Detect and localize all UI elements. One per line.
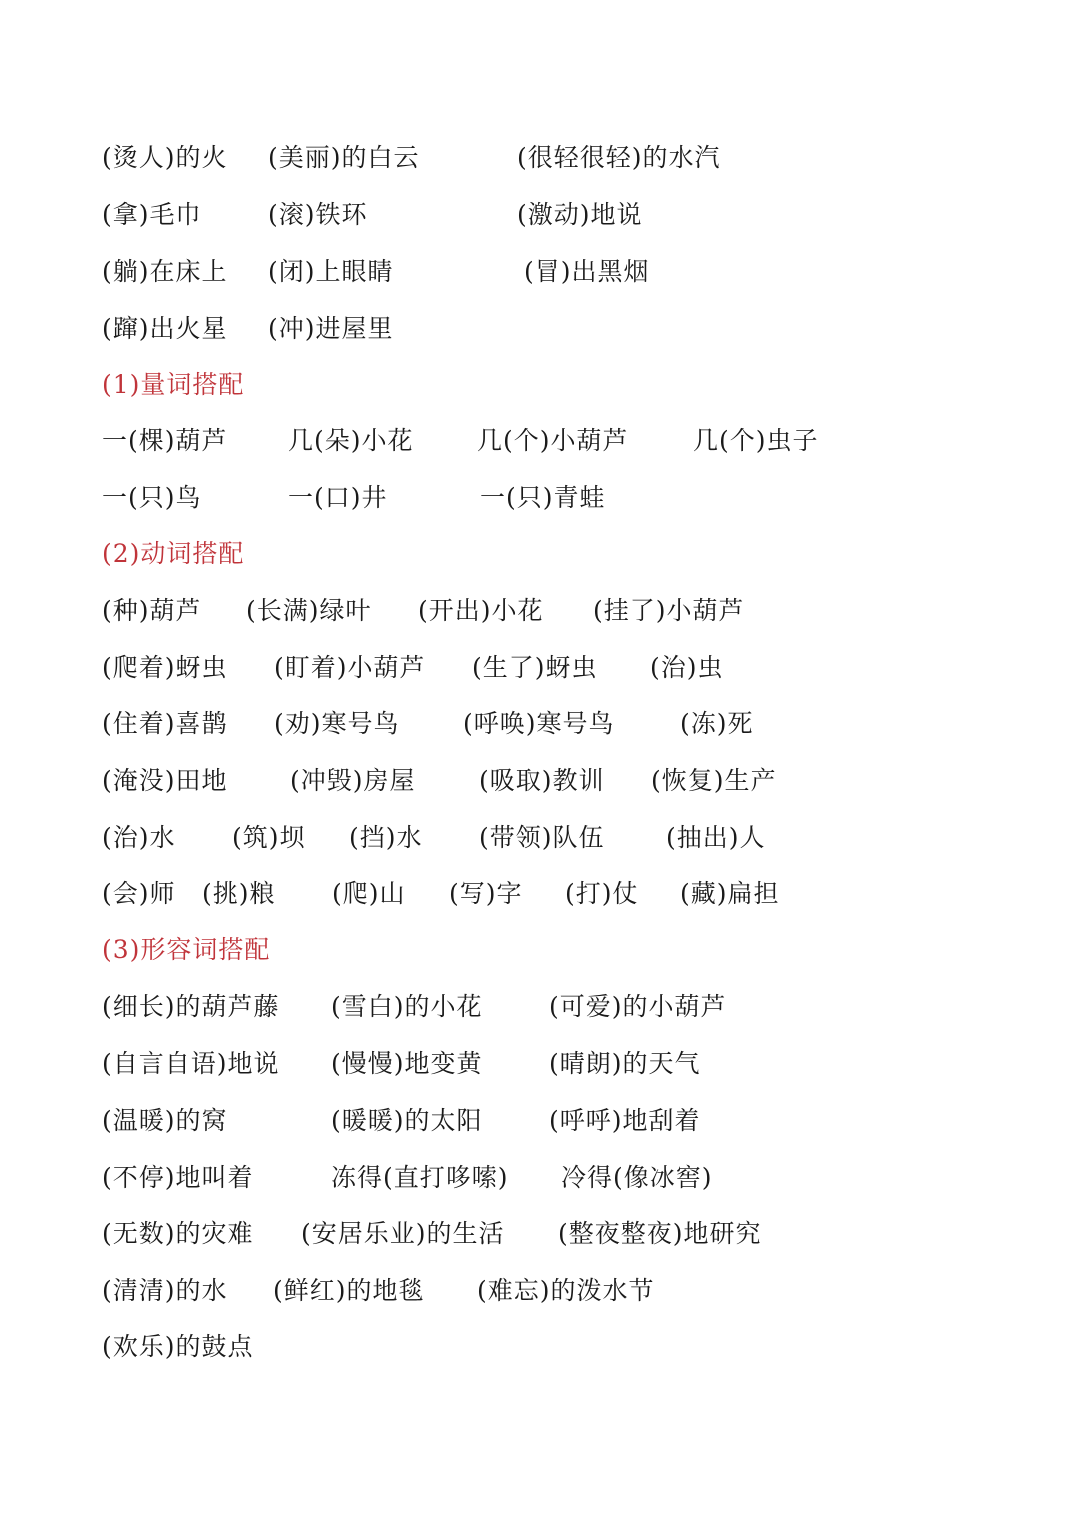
phrase: (躺)在床上 (102, 252, 228, 292)
phrase: (晴朗)的天气 (549, 1044, 701, 1084)
phrase: (滚)铁环 (268, 195, 368, 235)
phrase: (温暖)的窝 (102, 1101, 228, 1141)
phrase: (打)仗 (565, 874, 639, 914)
phrase: (吸取)教训 (479, 761, 605, 801)
phrase: 一(只)鸟 (102, 478, 202, 518)
phrase-row: (不停)地叫着冻得(直打哆嗦)冷得(像冰窖) (0, 1158, 1080, 1198)
phrase: (爬)山 (332, 874, 406, 914)
phrase: (整夜整夜)地研究 (558, 1214, 762, 1254)
phrase: (可爱)的小葫芦 (549, 987, 727, 1027)
phrase-row: (淹没)田地(冲毁)房屋(吸取)教训(恢复)生产 (0, 761, 1080, 801)
phrase: 冻得(直打哆嗦) (331, 1158, 509, 1198)
phrase: (抽出)人 (666, 818, 766, 858)
phrase: (慢慢)地变黄 (331, 1044, 483, 1084)
phrase: (爬着)蚜虫 (102, 648, 228, 688)
phrase: (闭)上眼睛 (268, 252, 394, 292)
phrase: (挂了)小葫芦 (593, 591, 745, 631)
phrase-row: 一(只)鸟一(口)井一(只)青蛙 (0, 478, 1080, 518)
phrase-row: (爬着)蚜虫(盯着)小葫芦(生了)蚜虫(治)虫 (0, 648, 1080, 688)
phrase: (长满)绿叶 (246, 591, 372, 631)
phrase: (住着)喜鹊 (102, 704, 228, 744)
phrase: (会)师 (102, 874, 176, 914)
phrase: 几(个)虫子 (693, 421, 819, 461)
phrase: (挑)粮 (202, 874, 276, 914)
phrase: (无数)的灾难 (102, 1214, 254, 1254)
phrase-row: (种)葫芦(长满)绿叶(开出)小花(挂了)小葫芦 (0, 591, 1080, 631)
phrase: (欢乐)的鼓点 (102, 1327, 254, 1367)
phrase-row: (无数)的灾难(安居乐业)的生活(整夜整夜)地研究 (0, 1214, 1080, 1254)
phrase: (难忘)的泼水节 (477, 1271, 655, 1311)
phrase: (鲜红)的地毯 (273, 1271, 425, 1311)
phrase: (暖暖)的太阳 (331, 1101, 483, 1141)
phrase: (冲毁)房屋 (290, 761, 416, 801)
phrase: 几(个)小葫芦 (477, 421, 629, 461)
phrase: (盯着)小葫芦 (274, 648, 426, 688)
phrase: (开出)小花 (418, 591, 544, 631)
phrase-row: (自言自语)地说(慢慢)地变黄(晴朗)的天气 (0, 1044, 1080, 1084)
phrase: (呼呼)地刮着 (549, 1101, 701, 1141)
phrase: 几(朵)小花 (288, 421, 414, 461)
phrase: (很轻很轻)的水汽 (517, 138, 721, 178)
phrase: 一(只)青蛙 (480, 478, 606, 518)
phrase: (安居乐业)的生活 (301, 1214, 505, 1254)
section-heading: (3)形容词搭配 (102, 930, 270, 970)
phrase: (冲)进屋里 (268, 309, 394, 349)
phrase: (写)字 (449, 874, 523, 914)
phrase: (细长)的葫芦藤 (102, 987, 280, 1027)
phrase: (呼唤)寒号鸟 (463, 704, 615, 744)
phrase-row: (治)水(筑)坝(挡)水(带领)队伍(抽出)人 (0, 818, 1080, 858)
phrase: (治)虫 (650, 648, 724, 688)
phrase: (冻)死 (680, 704, 754, 744)
phrase: (劝)寒号鸟 (274, 704, 400, 744)
phrase: (藏)扁担 (680, 874, 780, 914)
phrase: (烫人)的火 (102, 138, 228, 178)
phrase: (带领)队伍 (479, 818, 605, 858)
phrase: (蹿)出火星 (102, 309, 228, 349)
phrase: (拿)毛巾 (102, 195, 202, 235)
section-heading: (2)动词搭配 (102, 534, 244, 574)
phrase: (淹没)田地 (102, 761, 228, 801)
phrase: (自言自语)地说 (102, 1044, 280, 1084)
phrase-row: (温暖)的窝(暖暖)的太阳(呼呼)地刮着 (0, 1101, 1080, 1141)
phrase-row: (细长)的葫芦藤(雪白)的小花(可爱)的小葫芦 (0, 987, 1080, 1027)
phrase: 一(棵)葫芦 (102, 421, 228, 461)
phrase: (筑)坝 (232, 818, 306, 858)
phrase: (不停)地叫着 (102, 1158, 254, 1198)
phrase: (治)水 (102, 818, 176, 858)
phrase-row: (会)师(挑)粮(爬)山(写)字(打)仗(藏)扁担 (0, 874, 1080, 914)
phrase: (挡)水 (349, 818, 423, 858)
phrase: 冷得(像冰窖) (561, 1158, 713, 1198)
phrase-row: (躺)在床上(闭)上眼睛(冒)出黑烟 (0, 252, 1080, 292)
phrase: (美丽)的白云 (268, 138, 420, 178)
phrase: (种)葫芦 (102, 591, 202, 631)
phrase-row: (拿)毛巾(滚)铁环(激动)地说 (0, 195, 1080, 235)
phrase-row: (烫人)的火(美丽)的白云(很轻很轻)的水汽 (0, 138, 1080, 178)
phrase: (雪白)的小花 (331, 987, 483, 1027)
section-heading: (1)量词搭配 (102, 365, 244, 405)
phrase: 一(口)井 (288, 478, 388, 518)
phrase-row: (清清)的水(鲜红)的地毯(难忘)的泼水节 (0, 1271, 1080, 1311)
phrase-row: (蹿)出火星(冲)进屋里 (0, 309, 1080, 349)
phrase: (清清)的水 (102, 1271, 228, 1311)
phrase: (恢复)生产 (651, 761, 777, 801)
phrase: (激动)地说 (517, 195, 643, 235)
phrase: (冒)出黑烟 (524, 252, 650, 292)
phrase-row: (欢乐)的鼓点 (0, 1327, 1080, 1367)
phrase-row: (住着)喜鹊(劝)寒号鸟(呼唤)寒号鸟(冻)死 (0, 704, 1080, 744)
phrase: (生了)蚜虫 (472, 648, 598, 688)
phrase-row: 一(棵)葫芦几(朵)小花几(个)小葫芦几(个)虫子 (0, 421, 1080, 461)
